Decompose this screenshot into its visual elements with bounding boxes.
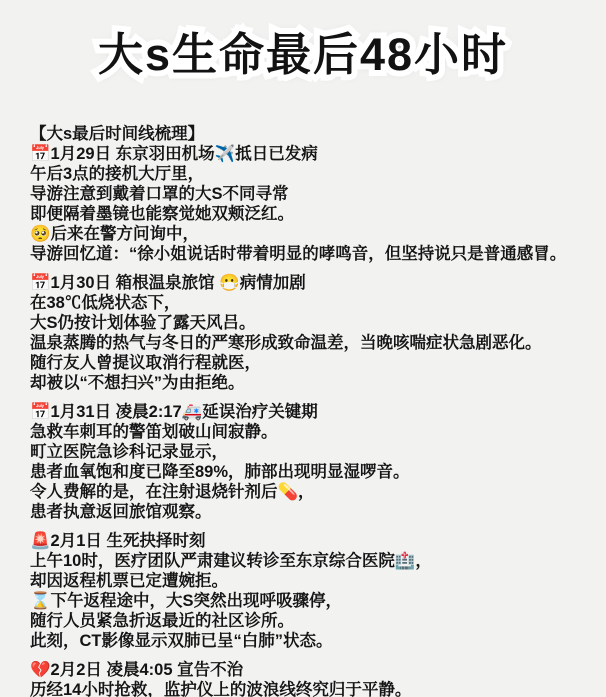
timeline-line: 急救车刺耳的警笛划破山间寂静。: [30, 422, 602, 442]
timeline-line: 此刻，CT影像显示双肺已呈“白肺”状态。: [30, 631, 602, 651]
timeline-intro-line: 【大s最后时间线梳理】: [30, 124, 602, 144]
post-title-text: 大s生命最后48小时: [98, 29, 508, 80]
timeline-line: 📅1月29日 东京羽田机场✈️抵日已发病: [30, 144, 602, 164]
timeline-line: 令人费解的是，在注射退烧针剂后💊，: [30, 482, 602, 502]
timeline-line: 却因返程机票已定遭婉拒。: [30, 571, 602, 591]
timeline-section-header: 🚨2月1日 生死抉择时刻: [30, 531, 602, 551]
timeline-line: 在38℃低烧状态下，: [30, 293, 602, 313]
timeline-line: ⌛下午返程途中，大S突然出现呼吸骤停，: [30, 591, 602, 611]
timeline-line: 町立医院急诊科记录显示，: [30, 442, 602, 462]
timeline-section-header: 📅1月30日 箱根温泉旅馆 😷病情加剧: [30, 273, 602, 293]
timeline-line: 温泉蒸腾的热气与冬日的严寒形成致命温差，当晚咳喘症状急剧恶化。: [30, 333, 602, 353]
timeline-line: 随行人员紧急折返最近的社区诊所。: [30, 611, 602, 631]
post-title-banner: 大s生命最后48小时 大s生命最后48小时: [0, 20, 606, 98]
timeline-section-header: 💔2月2日 凌晨4:05 宣告不治: [30, 660, 602, 680]
timeline-line: 🥺后来在警方问询中，: [30, 224, 602, 244]
timeline-line: 患者血氧饱和度已降至89%，肺部出现明显湿啰音。: [30, 462, 602, 482]
timeline-line: 大S仍按计划体验了露天风吕。: [30, 313, 602, 333]
timeline-content: 【大s最后时间线梳理】 📅1月29日 东京羽田机场✈️抵日已发病 午后3点的接机…: [0, 124, 606, 697]
timeline-line: 午后3点的接机大厅里，: [30, 164, 602, 184]
timeline-line: 患者执意返回旅馆观察。: [30, 502, 602, 522]
timeline-section-header: 📅1月31日 凌晨2:17🚑延误治疗关键期: [30, 402, 602, 422]
timeline-section-feb-2: 💔2月2日 凌晨4:05 宣告不治 历经14小时抢救，监护仪上的波浪线终究归于平…: [30, 660, 602, 697]
timeline-line: 随行友人曾提议取消行程就医，: [30, 353, 602, 373]
timeline-section-jan-29: 【大s最后时间线梳理】 📅1月29日 东京羽田机场✈️抵日已发病 午后3点的接机…: [30, 124, 602, 264]
timeline-line: 历经14小时抢救，监护仪上的波浪线终究归于平静。: [30, 680, 602, 697]
timeline-section-feb-1: 🚨2月1日 生死抉择时刻 上午10时，医疗团队严肃建议转诊至东京综合医院🏥， 却…: [30, 531, 602, 651]
post-title: 大s生命最后48小时 大s生命最后48小时: [98, 20, 508, 90]
timeline-section-jan-30: 📅1月30日 箱根温泉旅馆 😷病情加剧 在38℃低烧状态下， 大S仍按计划体验了…: [30, 273, 602, 393]
timeline-line: 却被以“不想扫兴”为由拒绝。: [30, 373, 602, 393]
timeline-line: 上午10时，医疗团队严肃建议转诊至东京综合医院🏥，: [30, 551, 602, 571]
timeline-line: 即便隔着墨镜也能察觉她双颊泛红。: [30, 204, 602, 224]
timeline-line: 导游注意到戴着口罩的大S不同寻常: [30, 184, 602, 204]
timeline-line: 导游回忆道：“徐小姐说话时带着明显的哮鸣音，但坚持说只是普通感冒。: [30, 244, 602, 264]
timeline-section-jan-31: 📅1月31日 凌晨2:17🚑延误治疗关键期 急救车刺耳的警笛划破山间寂静。 町立…: [30, 402, 602, 522]
